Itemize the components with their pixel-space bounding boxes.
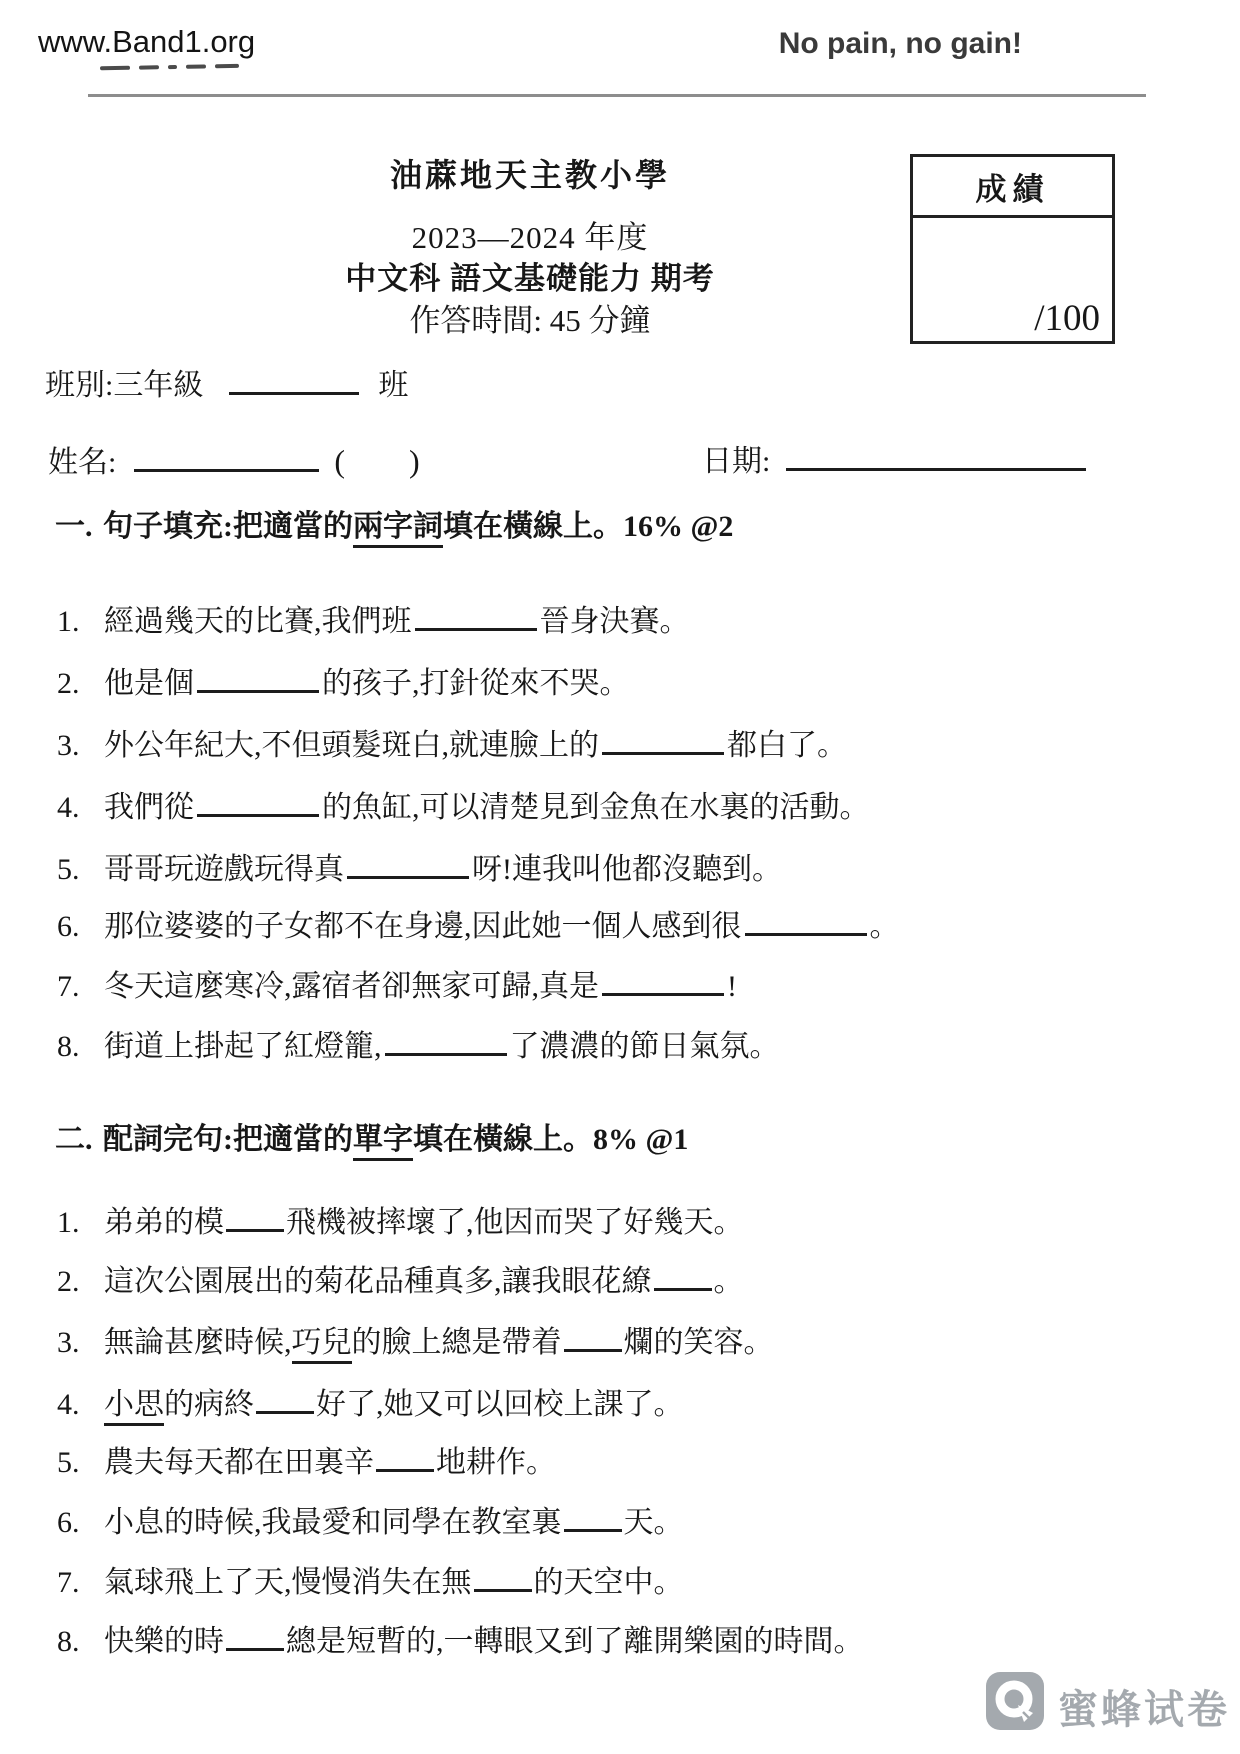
beepaper-logo-icon	[986, 1672, 1044, 1730]
question-text: 小息的時候,我最愛和同學在教室裏天。	[104, 1506, 684, 1539]
answer-blank	[415, 600, 537, 631]
question-number: 1.	[57, 1206, 104, 1240]
question-number: 5.	[57, 1446, 104, 1480]
question-row: 3.無論甚麼時候,巧兒的臉上總是帶着爛的笑容。	[57, 1317, 774, 1361]
question-number: 8.	[57, 1625, 104, 1659]
answer-blank	[376, 1441, 434, 1472]
question-row: 6.小息的時候,我最愛和同學在教室裏天。	[57, 1497, 684, 1541]
score-box-label: 成績	[913, 157, 1112, 218]
covered-text-remnant	[100, 57, 248, 78]
question-number: 2.	[57, 1265, 104, 1299]
name-row: 姓名: ( )	[48, 436, 420, 482]
answer-blank	[564, 1321, 622, 1352]
underlined-term: 兩字詞	[353, 510, 443, 548]
question-number: 5.	[57, 853, 104, 887]
question-row: 2.他是個的孩子,打針從來不哭。	[57, 658, 630, 702]
exam-paper-page: www.Band1.org No pain, no gain! 油蔴地天主教小學…	[0, 0, 1240, 1754]
question-row: 3.外公年紀大,不但頭髮斑白,就連臉上的都白了。	[57, 720, 847, 764]
underlined-term: 單字	[353, 1123, 413, 1161]
question-row: 7.冬天這麼寒冷,露宿者卻無家可歸,真是!	[57, 961, 737, 1005]
question-number: 6.	[57, 1506, 104, 1540]
section-number: 二.	[55, 1114, 103, 1158]
question-text: 這次公園展出的菊花品種真多,讓我眼花繚。	[104, 1265, 744, 1298]
section-number: 一.	[55, 501, 103, 545]
answer-blank	[226, 1620, 284, 1651]
answer-blank	[745, 905, 867, 936]
question-text: 他是個的孩子,打針從來不哭。	[104, 667, 630, 700]
answer-blank	[197, 662, 319, 693]
section-title: 句子填充:把適當的兩字詞填在橫線上。16% @2	[103, 510, 733, 548]
answer-blank	[197, 786, 319, 817]
watermark-url: www.Band1.org	[38, 24, 255, 60]
answer-blank	[602, 724, 724, 755]
date-label: 日期:	[702, 445, 770, 478]
question-text: 小思的病終好了,她又可以回校上課了。	[104, 1388, 684, 1421]
class-label: 班別:三年級	[45, 369, 203, 402]
question-text: 我們從的魚缸,可以清楚見到金魚在水裏的活動。	[104, 791, 870, 824]
question-number: 3.	[57, 729, 104, 763]
question-row: 5.農夫每天都在田裏辛地耕作。	[57, 1437, 556, 1481]
question-number: 4.	[57, 1388, 104, 1422]
answer-blank	[256, 1383, 314, 1414]
score-box: 成績 /100	[910, 154, 1115, 344]
question-row: 8.街道上掛起了紅燈籠,了濃濃的節日氣氛。	[57, 1021, 780, 1065]
section-heading: 二.配詞完句:把適當的單字填在橫線上。8% @1	[55, 1114, 688, 1158]
question-row: 2.這次公園展出的菊花品種真多,讓我眼花繚。	[57, 1256, 744, 1300]
exam-subject: 中文科 語文基礎能力 期考	[0, 253, 1060, 298]
question-text: 外公年紀大,不但頭髮斑白,就連臉上的都白了。	[104, 729, 847, 762]
name-label: 姓名:	[48, 446, 116, 479]
question-text: 冬天這麼寒冷,露宿者卻無家可歸,真是!	[104, 970, 737, 1003]
question-text: 無論甚麼時候,巧兒的臉上總是帶着爛的笑容。	[104, 1326, 774, 1359]
question-number: 3.	[57, 1326, 104, 1360]
question-text: 經過幾天的比賽,我們班晉身決賽。	[104, 605, 690, 638]
answer-blank	[385, 1025, 507, 1056]
answer-blank	[654, 1260, 712, 1291]
school-year: 2023—2024 年度	[0, 212, 1060, 257]
date-row: 日期:	[702, 436, 1086, 480]
question-text: 哥哥玩遊戲玩得真呀!連我叫他都沒聽到。	[104, 853, 782, 886]
answer-blank	[226, 1201, 284, 1232]
motto-text: No pain, no gain!	[779, 27, 1022, 61]
name-blank	[134, 441, 319, 472]
question-row: 4.我們從的魚缸,可以清楚見到金魚在水裏的活動。	[57, 782, 870, 826]
header-divider-line	[88, 94, 1146, 97]
question-row: 1.經過幾天的比賽,我們班晉身決賽。	[57, 596, 690, 640]
school-name: 油蔴地天主教小學	[0, 150, 1060, 196]
score-box-body: /100	[913, 218, 1112, 342]
underlined-term: 巧兒	[292, 1326, 352, 1364]
question-row: 4.小思的病終好了,她又可以回校上課了。	[57, 1379, 684, 1423]
exam-duration: 作答時間: 45 分鐘	[0, 295, 1060, 340]
section-heading: 一.句子填充:把適當的兩字詞填在橫線上。16% @2	[55, 501, 733, 545]
question-text: 弟弟的模飛機被摔壞了,他因而哭了好幾天。	[104, 1206, 744, 1239]
question-row: 7.氣球飛上了天,慢慢消失在無的天空中。	[57, 1557, 684, 1601]
question-text: 快樂的時總是短暫的,一轉眼又到了離開樂園的時間。	[104, 1625, 864, 1658]
question-row: 1.弟弟的模飛機被摔壞了,他因而哭了好幾天。	[57, 1197, 744, 1241]
class-number-paren: ( )	[334, 443, 419, 479]
question-text: 那位婆婆的子女都不在身邊,因此她一個人感到很。	[104, 910, 900, 943]
question-number: 1.	[57, 605, 104, 639]
answer-blank	[564, 1501, 622, 1532]
question-number: 6.	[57, 910, 104, 944]
beepaper-logo-text: 蜜蜂试卷	[1058, 1678, 1230, 1735]
date-blank	[786, 440, 1086, 471]
question-number: 7.	[57, 1566, 104, 1600]
question-number: 4.	[57, 791, 104, 825]
question-text: 氣球飛上了天,慢慢消失在無的天空中。	[104, 1566, 684, 1599]
answer-blank	[602, 965, 724, 996]
answer-blank	[347, 848, 469, 879]
question-number: 7.	[57, 970, 104, 1004]
question-number: 8.	[57, 1030, 104, 1064]
answer-blank	[474, 1561, 532, 1592]
question-text: 街道上掛起了紅燈籠,了濃濃的節日氣氛。	[104, 1030, 780, 1063]
question-row: 8.快樂的時總是短暫的,一轉眼又到了離開樂園的時間。	[57, 1616, 864, 1660]
class-blank	[229, 364, 359, 395]
question-text: 農夫每天都在田裏辛地耕作。	[104, 1446, 556, 1479]
underlined-term: 小思	[104, 1388, 164, 1426]
question-row: 6.那位婆婆的子女都不在身邊,因此她一個人感到很。	[57, 901, 900, 945]
score-total: /100	[1034, 297, 1100, 340]
class-suffix: 班	[378, 369, 408, 402]
question-row: 5.哥哥玩遊戲玩得真呀!連我叫他都沒聽到。	[57, 844, 782, 888]
question-number: 2.	[57, 667, 104, 701]
class-row: 班別:三年級 班	[45, 360, 408, 404]
section-title: 配詞完句:把適當的單字填在橫線上。8% @1	[103, 1123, 688, 1161]
